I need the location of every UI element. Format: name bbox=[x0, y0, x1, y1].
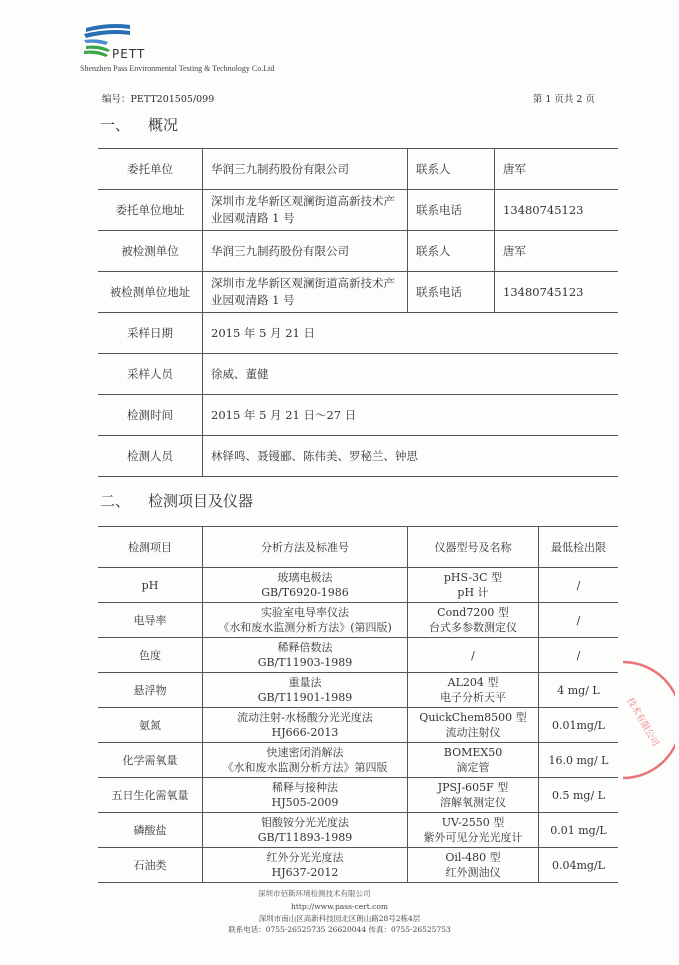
field-value: 林铎鸣、聂镘郦、陈伟美、罗秘兰、钟思 bbox=[203, 436, 619, 477]
section-number: 一、 bbox=[100, 114, 148, 135]
test-item: 色度 bbox=[98, 638, 203, 673]
instrument-model: Oil-480 型 bbox=[414, 850, 532, 865]
section-heading: 概况 bbox=[148, 116, 178, 134]
field-label: 联系电话 bbox=[408, 272, 495, 313]
table-row: 检测时间 2015 年 5 月 21 日～27 日 bbox=[98, 395, 618, 436]
method-name: 稀释与接种法 bbox=[209, 780, 401, 795]
instrument-name: 红外测油仪 bbox=[414, 865, 532, 880]
instrument-model: / bbox=[414, 648, 532, 663]
method-name: 重量法 bbox=[209, 675, 401, 690]
instrument-name: 溶解氧测定仪 bbox=[414, 795, 532, 810]
instrument: AL204 型电子分析天平 bbox=[408, 673, 539, 708]
instrument: Oil-480 型红外测油仪 bbox=[408, 848, 539, 883]
instrument-model: AL204 型 bbox=[414, 675, 532, 690]
method-name: 快速密闭消解法 bbox=[209, 745, 401, 760]
method-name: 实验室电导率仪法 bbox=[209, 605, 401, 620]
field-label: 采样人员 bbox=[98, 354, 203, 395]
method-standard: GB/T11901-1989 bbox=[209, 690, 401, 705]
method-name: 钼酸铵分光光度法 bbox=[209, 815, 401, 830]
method: 快速密闭消解法《水和废水监测分析方法》第四版 bbox=[203, 743, 408, 778]
section-number: 二、 bbox=[100, 490, 148, 511]
method-standard: HJ637-2012 bbox=[209, 865, 401, 880]
field-value: 2015 年 5 月 21 日 bbox=[203, 313, 619, 354]
method: 钼酸铵分光光度法GB/T11893-1989 bbox=[203, 813, 408, 848]
field-value: 13480745123 bbox=[495, 190, 619, 231]
instrument: pHS-3C 型pH 计 bbox=[408, 568, 539, 603]
detection-limit: 0.5 mg/ L bbox=[539, 778, 619, 813]
method-name: 红外分光光度法 bbox=[209, 850, 401, 865]
instrument-name: 紫外可见分光光度计 bbox=[414, 830, 532, 845]
field-label: 被检测单位地址 bbox=[98, 272, 203, 313]
field-value: 深圳市龙华新区观澜街道高新技术产业园观清路 1 号 bbox=[203, 272, 408, 313]
table-row: 色度 稀释倍数法GB/T11903-1989 / / bbox=[98, 638, 618, 673]
footer-address: 深圳市南山区高新科技园北区朗山路28号2栋4层 bbox=[0, 913, 679, 924]
instrument: JPSJ-605F 型溶解氧测定仪 bbox=[408, 778, 539, 813]
field-label: 委托单位 bbox=[98, 149, 203, 190]
field-label: 检测人员 bbox=[98, 436, 203, 477]
table-row: 石油类 红外分光光度法HJ637-2012 Oil-480 型红外测油仪 0.0… bbox=[98, 848, 618, 883]
table-row: pH 玻璃电极法GB/T6920-1986 pHS-3C 型pH 计 / bbox=[98, 568, 618, 603]
instrument-model: Cond7200 型 bbox=[414, 605, 532, 620]
table-row: 磷酸盐 钼酸铵分光光度法GB/T11893-1989 UV-2550 型紫外可见… bbox=[98, 813, 618, 848]
table-row: 化学需氧量 快速密闭消解法《水和废水监测分析方法》第四版 BOMEX50滴定管 … bbox=[98, 743, 618, 778]
test-item: pH bbox=[98, 568, 203, 603]
field-label: 检测时间 bbox=[98, 395, 203, 436]
column-header: 分析方法及标准号 bbox=[203, 527, 408, 568]
table-row: 五日生化需氧量 稀释与接种法HJ505-2009 JPSJ-605F 型溶解氧测… bbox=[98, 778, 618, 813]
method-standard: GB/T6920-1986 bbox=[209, 585, 401, 600]
table-row: 检测人员 林铎鸣、聂镘郦、陈伟美、罗秘兰、钟思 bbox=[98, 436, 618, 477]
column-header: 最低检出限 bbox=[539, 527, 619, 568]
instrument: BOMEX50滴定管 bbox=[408, 743, 539, 778]
instrument-name: 电子分析天平 bbox=[414, 690, 532, 705]
method: 玻璃电极法GB/T6920-1986 bbox=[203, 568, 408, 603]
instrument-model: JPSJ-605F 型 bbox=[414, 780, 532, 795]
method: 稀释与接种法HJ505-2009 bbox=[203, 778, 408, 813]
instrument: QuickChem8500 型流动注射仪 bbox=[408, 708, 539, 743]
footer-website: http://www.pass-cert.com bbox=[0, 902, 679, 911]
method-name: 玻璃电极法 bbox=[209, 570, 401, 585]
table-header-row: 检测项目 分析方法及标准号 仪器型号及名称 最低检出限 bbox=[98, 527, 618, 568]
detection-limit: 4 mg/ L bbox=[539, 673, 619, 708]
table-row: 采样日期 2015 年 5 月 21 日 bbox=[98, 313, 618, 354]
field-value: 2015 年 5 月 21 日～27 日 bbox=[203, 395, 619, 436]
field-value: 13480745123 bbox=[495, 272, 619, 313]
overview-table: 委托单位 华润三九制药股份有限公司 联系人 唐军 委托单位地址 深圳市龙华新区观… bbox=[98, 148, 618, 477]
detection-limit: 0.01 mg/L bbox=[539, 813, 619, 848]
instrument: Cond7200 型台式多参数测定仪 bbox=[408, 603, 539, 638]
test-item: 电导率 bbox=[98, 603, 203, 638]
official-seal-icon: 技术有限公司 bbox=[615, 660, 675, 780]
instrument-name: 台式多参数测定仪 bbox=[414, 620, 532, 635]
detection-limit: / bbox=[539, 603, 619, 638]
instrument-name: 流动注射仪 bbox=[414, 725, 532, 740]
company-english-name: Shenzhen Pass Environmental Testing & Te… bbox=[80, 64, 274, 73]
table-row: 采样人员 徐威、董健 bbox=[98, 354, 618, 395]
method: 实验室电导率仪法《水和废水监测分析方法》(第四版) bbox=[203, 603, 408, 638]
table-row: 被检测单位地址 深圳市龙华新区观澜街道高新技术产业园观清路 1 号 联系电话 1… bbox=[98, 272, 618, 313]
detection-limit: / bbox=[539, 568, 619, 603]
logo-name: PETT bbox=[112, 47, 145, 61]
test-item: 磷酸盐 bbox=[98, 813, 203, 848]
table-row: 氨氮 流动注射-水杨酸分光光度法HJ666-2013 QuickChem8500… bbox=[98, 708, 618, 743]
method: 稀释倍数法GB/T11903-1989 bbox=[203, 638, 408, 673]
field-label: 被检测单位 bbox=[98, 231, 203, 272]
field-value: 唐军 bbox=[495, 149, 619, 190]
method: 重量法GB/T11901-1989 bbox=[203, 673, 408, 708]
column-header: 检测项目 bbox=[98, 527, 203, 568]
method-standard: HJ666-2013 bbox=[209, 725, 401, 740]
field-value: 深圳市龙华新区观澜街道高新技术产业园观清路 1 号 bbox=[203, 190, 408, 231]
field-label: 联系人 bbox=[408, 231, 495, 272]
instrument-model: UV-2550 型 bbox=[414, 815, 532, 830]
section-1-title: 一、概况 bbox=[100, 114, 178, 135]
test-item: 氨氮 bbox=[98, 708, 203, 743]
document-number: 编号：PETT201505/099 bbox=[102, 91, 214, 105]
column-header: 仪器型号及名称 bbox=[408, 527, 539, 568]
method: 红外分光光度法HJ637-2012 bbox=[203, 848, 408, 883]
detection-limit: 16.0 mg/ L bbox=[539, 743, 619, 778]
field-label: 委托单位地址 bbox=[98, 190, 203, 231]
instrument-model: QuickChem8500 型 bbox=[414, 710, 532, 725]
test-item: 石油类 bbox=[98, 848, 203, 883]
method: 流动注射-水杨酸分光光度法HJ666-2013 bbox=[203, 708, 408, 743]
table-row: 悬浮物 重量法GB/T11901-1989 AL204 型电子分析天平 4 mg… bbox=[98, 673, 618, 708]
field-value: 徐威、董健 bbox=[203, 354, 619, 395]
instrument-model: pHS-3C 型 bbox=[414, 570, 532, 585]
field-value: 唐军 bbox=[495, 231, 619, 272]
table-row: 被检测单位 华润三九制药股份有限公司 联系人 唐军 bbox=[98, 231, 618, 272]
svg-text:技术有限公司: 技术有限公司 bbox=[624, 696, 661, 749]
footer-company-name: 深圳市佰斯环境检测技术有限公司 bbox=[258, 888, 371, 899]
test-item: 化学需氧量 bbox=[98, 743, 203, 778]
test-item: 悬浮物 bbox=[98, 673, 203, 708]
section-2-title: 二、检测项目及仪器 bbox=[100, 490, 253, 511]
table-row: 电导率 实验室电导率仪法《水和废水监测分析方法》(第四版) Cond7200 型… bbox=[98, 603, 618, 638]
field-value: 华润三九制药股份有限公司 bbox=[203, 149, 408, 190]
table-row: 委托单位 华润三九制药股份有限公司 联系人 唐军 bbox=[98, 149, 618, 190]
field-label: 联系人 bbox=[408, 149, 495, 190]
instrument: UV-2550 型紫外可见分光光度计 bbox=[408, 813, 539, 848]
detection-limit: / bbox=[539, 638, 619, 673]
method-standard: 《水和废水监测分析方法》第四版 bbox=[209, 760, 401, 775]
method-standard: GB/T11903-1989 bbox=[209, 655, 401, 670]
instrument-model: BOMEX50 bbox=[414, 745, 532, 760]
method-standard: 《水和废水监测分析方法》(第四版) bbox=[209, 620, 401, 635]
footer-contact: 联系电话：0755-26525735 26620044 传真：0755-2652… bbox=[0, 924, 679, 935]
field-label: 联系电话 bbox=[408, 190, 495, 231]
section-heading: 检测项目及仪器 bbox=[148, 492, 253, 510]
instrument-name: 滴定管 bbox=[414, 760, 532, 775]
table-row: 委托单位地址 深圳市龙华新区观澜街道高新技术产业园观清路 1 号 联系电话 13… bbox=[98, 190, 618, 231]
method-name: 稀释倍数法 bbox=[209, 640, 401, 655]
instrument-name: pH 计 bbox=[414, 585, 532, 600]
detection-limit: 0.04mg/L bbox=[539, 848, 619, 883]
test-item: 五日生化需氧量 bbox=[98, 778, 203, 813]
test-items-table: 检测项目 分析方法及标准号 仪器型号及名称 最低检出限 pH 玻璃电极法GB/T… bbox=[98, 526, 618, 883]
instrument: / bbox=[408, 638, 539, 673]
field-label: 采样日期 bbox=[98, 313, 203, 354]
method-standard: GB/T11893-1989 bbox=[209, 830, 401, 845]
page-info: 第 1 页共 2 页 bbox=[533, 91, 595, 105]
detection-limit: 0.01mg/L bbox=[539, 708, 619, 743]
field-value: 华润三九制药股份有限公司 bbox=[203, 231, 408, 272]
method-name: 流动注射-水杨酸分光光度法 bbox=[209, 710, 401, 725]
method-standard: HJ505-2009 bbox=[209, 795, 401, 810]
